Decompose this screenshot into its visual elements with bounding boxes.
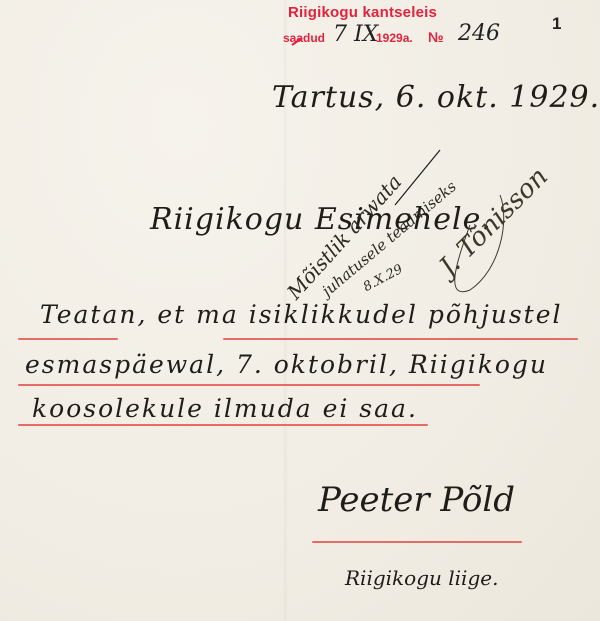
document-page: Riigikogu kantseleis saadud 7 IX 1929a. …: [0, 0, 600, 621]
handwriting-flourishes: [0, 0, 600, 621]
